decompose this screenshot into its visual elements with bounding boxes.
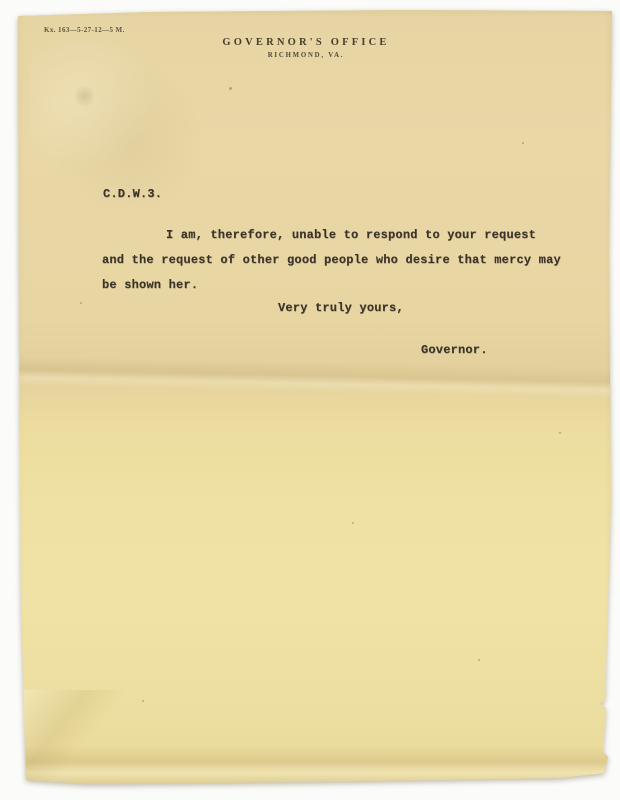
signature-line: Governor. xyxy=(421,343,488,357)
paper-speck xyxy=(559,432,561,434)
paper-speck xyxy=(80,302,82,304)
letter-paper: Kx. 163—5-27-12—5 M. GOVERNOR'S OFFICE R… xyxy=(0,0,620,800)
letter-body: I am, therefore, unable to respond to yo… xyxy=(102,223,561,298)
body-line-2: and the request of other good people who… xyxy=(102,248,561,273)
paper-shadow-wrap: Kx. 163—5-27-12—5 M. GOVERNOR'S OFFICE R… xyxy=(0,0,620,800)
paper-fold-bottom-left xyxy=(18,690,128,785)
paper-speck xyxy=(229,87,232,90)
paper-speck xyxy=(522,142,524,144)
body-line-1: I am, therefore, unable to respond to yo… xyxy=(102,223,561,248)
paper-speck xyxy=(352,522,354,524)
closing-line: Very truly yours, xyxy=(278,301,404,315)
paper-speck xyxy=(142,700,144,702)
reference-line: C.D.W.3. xyxy=(103,187,162,201)
paper-speck xyxy=(478,659,480,661)
printer-key: Kx. 163—5-27-12—5 M. xyxy=(44,26,125,35)
scanned-letter-page: Kx. 163—5-27-12—5 M. GOVERNOR'S OFFICE R… xyxy=(0,0,620,800)
paper-crease-middle xyxy=(0,356,620,399)
body-line-3: be shown her. xyxy=(102,273,561,298)
letterhead-location: RICHMOND, VA. xyxy=(0,52,612,60)
letterhead-office-name: GOVERNOR'S OFFICE xyxy=(0,37,612,49)
paper-crease-top-left xyxy=(30,40,200,210)
